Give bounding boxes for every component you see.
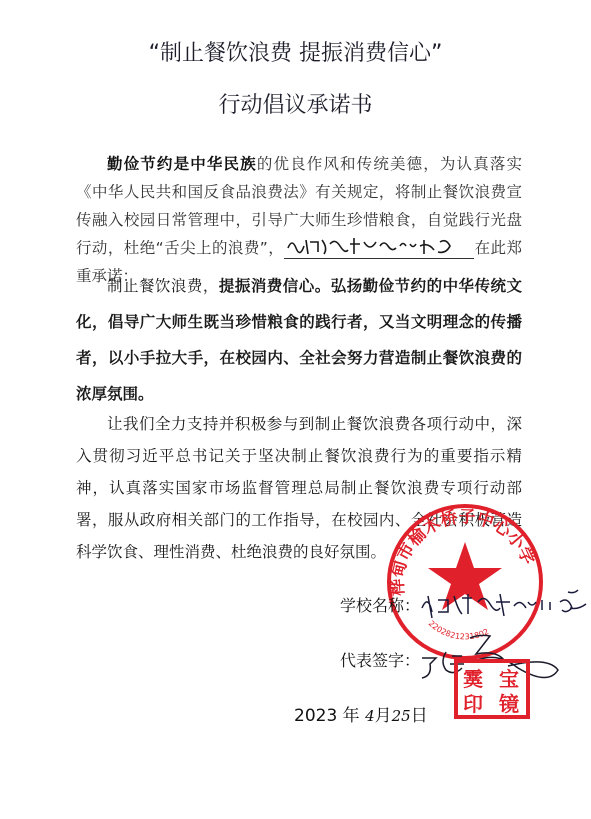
school-name-label: 学校名称： [340,596,420,615]
handwriting-scribble-icon [284,234,474,258]
date-month-handwritten: 4 [365,707,375,725]
svg-text:宝: 宝 [499,667,519,691]
svg-text:镜: 镜 [499,692,519,716]
svg-text:霙: 霙 [463,667,483,691]
document-title: “制止餐饮浪费 提振消费信心” [0,36,591,67]
paragraph-action: 让我们全力支持并积极参与到制止餐饮浪费各项行动中，深入贯彻习近平总书记关于坚决制… [76,408,522,568]
date-year-unit: 年 [337,706,365,726]
svg-text:2202821231802: 2202821231802 [427,619,491,642]
school-name-row: 学校名称： [340,593,420,616]
date-day-handwritten: 25 [392,707,411,725]
date-day-unit: 日 [411,706,428,726]
date-row: 2023 年 4月25日 [294,701,428,726]
paragraph-pledge-text: 提振消费信心。弘扬勤俭节约的中华传统文化，倡导广大师生既当珍惜粮食的践行者，又当… [76,277,522,403]
representative-label: 代表签字： [340,651,420,670]
representative-signature-icon [418,628,568,688]
school-name-handwriting-icon [418,588,588,622]
seal-number: 2202821231802 [427,619,491,642]
paragraph-pledge: 制止餐饮浪费，提振消费信心。弘扬勤俭节约的中华传统文化，倡导广大师生既当珍惜粮食… [76,268,522,412]
representative-row: 代表签字： [340,648,420,671]
document-subtitle: 行动倡议承诺书 [0,88,591,119]
paragraph-intro-lead: 勤俭节约是中华民族 [107,155,257,173]
personal-square-seal-icon: 霙 宝 印 镜 [453,658,531,720]
handwritten-school-fill [284,236,474,259]
date-month-unit: 月 [375,706,392,726]
paragraph-pledge-lead: 制止餐饮浪费， [107,277,219,295]
svg-text:印: 印 [463,692,483,716]
date-year: 2023 [294,706,337,726]
